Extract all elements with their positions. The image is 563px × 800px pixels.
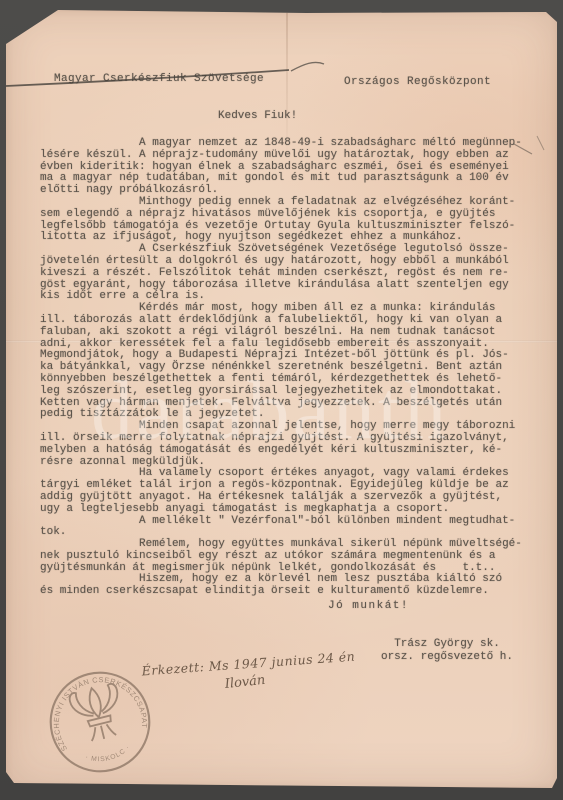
- signature-name: Trász György sk.: [352, 638, 542, 651]
- handwritten-received-note: Érkezett: Ms 1947 junius 24 én Ilován: [141, 649, 357, 696]
- body-paragraph: A magyar nemzet az 1848-49-i szabadságha…: [40, 138, 522, 197]
- pen-smudge: [537, 136, 544, 150]
- rubber-stamp: SZÉCHENYI ISTVÁN CSERKÉSZCSAPAT · MISKOL…: [42, 664, 158, 780]
- body-paragraph: Hiszem, hogy ez a körlevél nem lesz pusz…: [40, 574, 522, 598]
- closing-motto: Jó munkát!: [328, 600, 409, 612]
- body-paragraph: Ha valamely csoport értékes anyagot, vag…: [40, 468, 522, 515]
- salutation: Kedves Fiuk!: [218, 110, 297, 122]
- body-paragraph: Remélem, hogy együttes munkával sikerül …: [40, 539, 522, 574]
- body-paragraph: Kérdés már most, hogy miben áll ez a mun…: [40, 303, 522, 421]
- signature-block: Trász György sk. orsz. regősvezető h.: [352, 638, 542, 663]
- body-paragraph: Minden csapat azonnal jelentse, hogy mer…: [40, 421, 522, 468]
- document-paper: Magyar Cserkészfiuk Szövetsége Országos …: [6, 10, 557, 788]
- body-paragraph: Minthogy pedig ennek a feladatnak az elv…: [40, 197, 522, 244]
- letter-body: A magyar nemzet az 1848-49-i szabadságha…: [40, 138, 522, 598]
- strikethrough-tail: [291, 62, 324, 71]
- stamp-top-text: SZÉCHENYI ISTVÁN CSERKÉSZCSAPAT: [42, 665, 152, 754]
- org-name-struck: Magyar Cserkészfiuk Szövetsége: [54, 73, 264, 85]
- svg-text:SZÉCHENYI ISTVÁN CSERKÉSZCSAPA: SZÉCHENYI ISTVÁN CSERKÉSZCSAPAT: [42, 665, 152, 754]
- signature-title: orsz. regősvezető h.: [352, 651, 542, 664]
- regos-center-label: Országos Regősközpont: [344, 76, 491, 88]
- body-paragraph: A Cserkészfiuk Szövetségének Vezetősége …: [40, 244, 522, 303]
- body-paragraph: A mellékelt " Vezérfonal"-ból különben m…: [40, 516, 522, 540]
